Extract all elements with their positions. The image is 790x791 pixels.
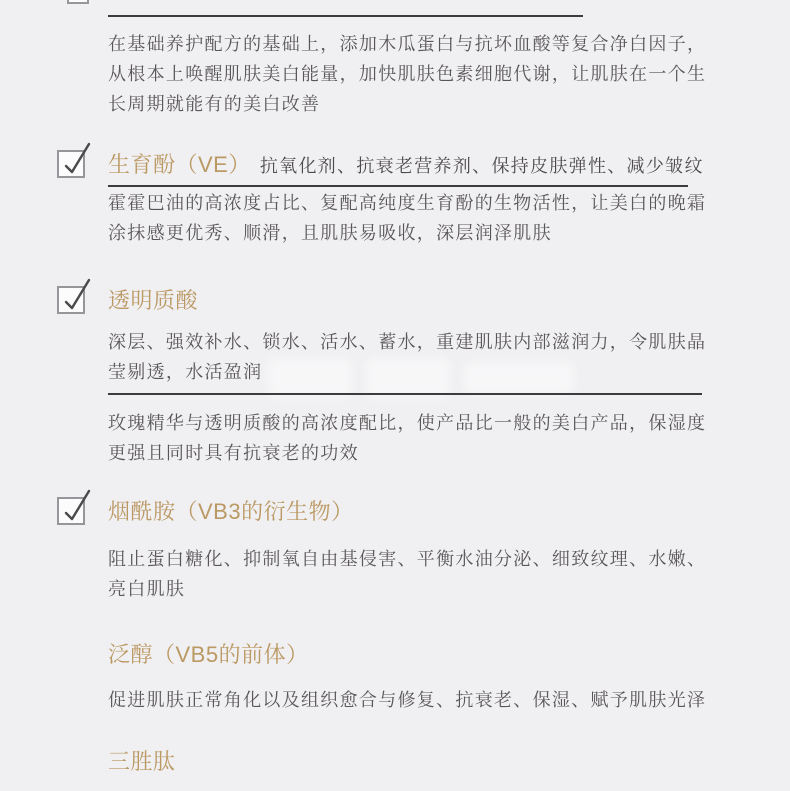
niacinamide-line-1: 阻止蛋白糖化、抑制氧自由基侵害、平衡水油分泌、细致纹理、水嫩、 bbox=[108, 544, 706, 574]
ingredient-title-tripeptide: 三胜肽 bbox=[108, 748, 176, 776]
hyaluronic-paragraph: 深层、强效补水、锁水、活水、蓄水，重建肌肤内部滋润力，令肌肤晶 莹剔透，水活盈润 bbox=[108, 327, 706, 387]
panthenol-line-1: 促进肌肤正常角化以及组织愈合与修复、抗衰老、保湿、赋予肌肤光泽 bbox=[108, 685, 706, 715]
intro-line-1: 在基础养护配方的基础上，添加木瓜蛋白与抗坏血酸等复合净白因子， bbox=[108, 29, 706, 59]
top-section-divider bbox=[108, 15, 583, 17]
hyaluronic-extra-line-2: 更强且同时具有抗衰老的功效 bbox=[108, 438, 706, 468]
hyaluronic-line-1: 深层、强效补水、锁水、活水、蓄水，重建肌肤内部滋润力，令肌肤晶 bbox=[108, 327, 706, 357]
tocopherol-divider bbox=[108, 185, 688, 187]
panthenol-paragraph: 促进肌肤正常角化以及组织愈合与修复、抗衰老、保湿、赋予肌肤光泽 bbox=[108, 685, 706, 715]
hyaluronic-line-2: 莹剔透，水活盈润 bbox=[108, 357, 706, 387]
checkmark-icon bbox=[53, 274, 93, 314]
tocopherol-line-2: 涂抹感更优秀、顺滑，且肌肤易吸收，深层润泽肌肤 bbox=[108, 218, 706, 248]
section-panthenol-heading: 泛醇（VB5的前体） bbox=[108, 641, 309, 669]
niacinamide-line-2: 亮白肌肤 bbox=[108, 574, 706, 604]
intro-line-2: 从根本上唤醒肌肤美白能量，加快肌肤色素细胞代谢，让肌肤在一个生 bbox=[108, 59, 706, 89]
section-niacinamide-heading: 烟酰胺（VB3的衍生物） bbox=[108, 498, 354, 526]
ingredient-title-tocopherol: 生育酚（VE） bbox=[108, 151, 251, 179]
section-hyaluronic-heading: 透明质酸 bbox=[108, 287, 198, 315]
checkmark-icon bbox=[53, 138, 93, 178]
ingredient-subtitle-tocopherol: 抗氧化剂、抗衰老营养剂、保持皮肤弹性、减少皱纹 bbox=[260, 152, 704, 180]
niacinamide-paragraph: 阻止蛋白糖化、抑制氧自由基侵害、平衡水油分泌、细致纹理、水嫩、 亮白肌肤 bbox=[108, 544, 706, 604]
intro-line-3: 长周期就能有的美白改善 bbox=[108, 89, 706, 119]
intro-paragraph: 在基础养护配方的基础上，添加木瓜蛋白与抗坏血酸等复合净白因子， 从根本上唤醒肌肤… bbox=[108, 29, 706, 119]
checkbox-checked[interactable] bbox=[57, 150, 85, 178]
ingredients-detail-panel: 在基础养护配方的基础上，添加木瓜蛋白与抗坏血酸等复合净白因子， 从根本上唤醒肌肤… bbox=[0, 0, 790, 791]
hyaluronic-extra-paragraph: 玫瑰精华与透明质酸的高浓度配比，使产品比一般的美白产品，保湿度 更强且同时具有抗… bbox=[108, 408, 706, 468]
checkmark-icon bbox=[53, 485, 93, 525]
hyaluronic-divider bbox=[108, 393, 702, 395]
checkbox-checked[interactable] bbox=[57, 497, 85, 525]
tocopherol-paragraph: 霍霍巴油的高浓度占比、复配高纯度生育酚的生物活性，让美白的晚霜 涂抹感更优秀、顺… bbox=[108, 188, 706, 248]
hyaluronic-extra-line-1: 玫瑰精华与透明质酸的高浓度配比，使产品比一般的美白产品，保湿度 bbox=[108, 408, 706, 438]
checkbox-checked[interactable] bbox=[57, 286, 85, 314]
ingredient-title-niacinamide: 烟酰胺（VB3的衍生物） bbox=[108, 498, 354, 526]
checkbox-checked-partial[interactable] bbox=[67, 0, 89, 4]
tocopherol-line-1: 霍霍巴油的高浓度占比、复配高纯度生育酚的生物活性，让美白的晚霜 bbox=[108, 188, 706, 218]
section-tocopherol-heading: 生育酚（VE） 抗氧化剂、抗衰老营养剂、保持皮肤弹性、减少皱纹 bbox=[108, 151, 704, 180]
ingredient-title-panthenol: 泛醇（VB5的前体） bbox=[108, 641, 309, 669]
section-tripeptide-heading: 三胜肽 bbox=[108, 748, 176, 776]
ingredient-title-hyaluronic: 透明质酸 bbox=[108, 287, 198, 315]
